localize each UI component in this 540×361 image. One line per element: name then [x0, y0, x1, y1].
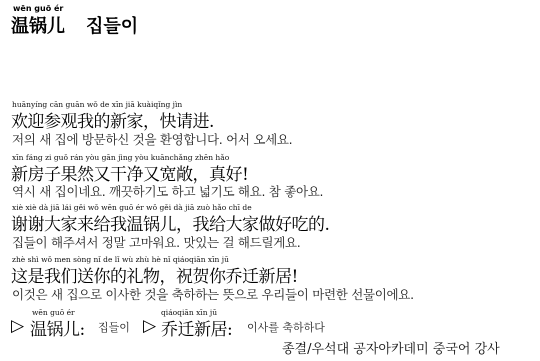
line-2-korean: 역시 새 집이네요. 깨끗하기도 하고 넓기도 해요. 참 좋아요. [12, 182, 323, 200]
title-chinese: 温锅儿 [11, 12, 65, 38]
line-3-chinese: 谢谢大家来给我温锅儿，我给大家做好吃的. [11, 210, 329, 235]
author-credit: 종결/우석대 공자아카데미 중국어 강사 [282, 338, 500, 357]
vocab-2-korean: 이사를 축하하다 [247, 319, 325, 335]
line-4-chinese: 这是我们送你的礼物，祝贺你乔迁新居! [11, 262, 298, 287]
vocab-2-marker: ▷ [143, 316, 156, 336]
line-3-korean: 집들이 해주셔서 정말 고마워요. 맛있는 걸 해드릴게요. [12, 233, 300, 251]
vocab-1-chinese: 温锅儿: [30, 315, 85, 340]
vocab-1-korean: 집들이 [98, 319, 130, 335]
line-1-chinese: 欢迎参观我的新家，快请进. [11, 107, 214, 132]
vocab-1-marker: ▷ [11, 316, 24, 336]
line-4-korean: 이것은 새 집으로 이사한 것을 축하하는 뜻으로 우리들이 마련한 선물이에요… [12, 285, 414, 303]
line-1-korean: 저의 새 집에 방문하신 것을 환영합니다. 어서 오세요. [12, 130, 292, 148]
title-korean: 집들이 [86, 12, 138, 38]
vocab-2-chinese: 乔迁新居: [161, 315, 232, 340]
